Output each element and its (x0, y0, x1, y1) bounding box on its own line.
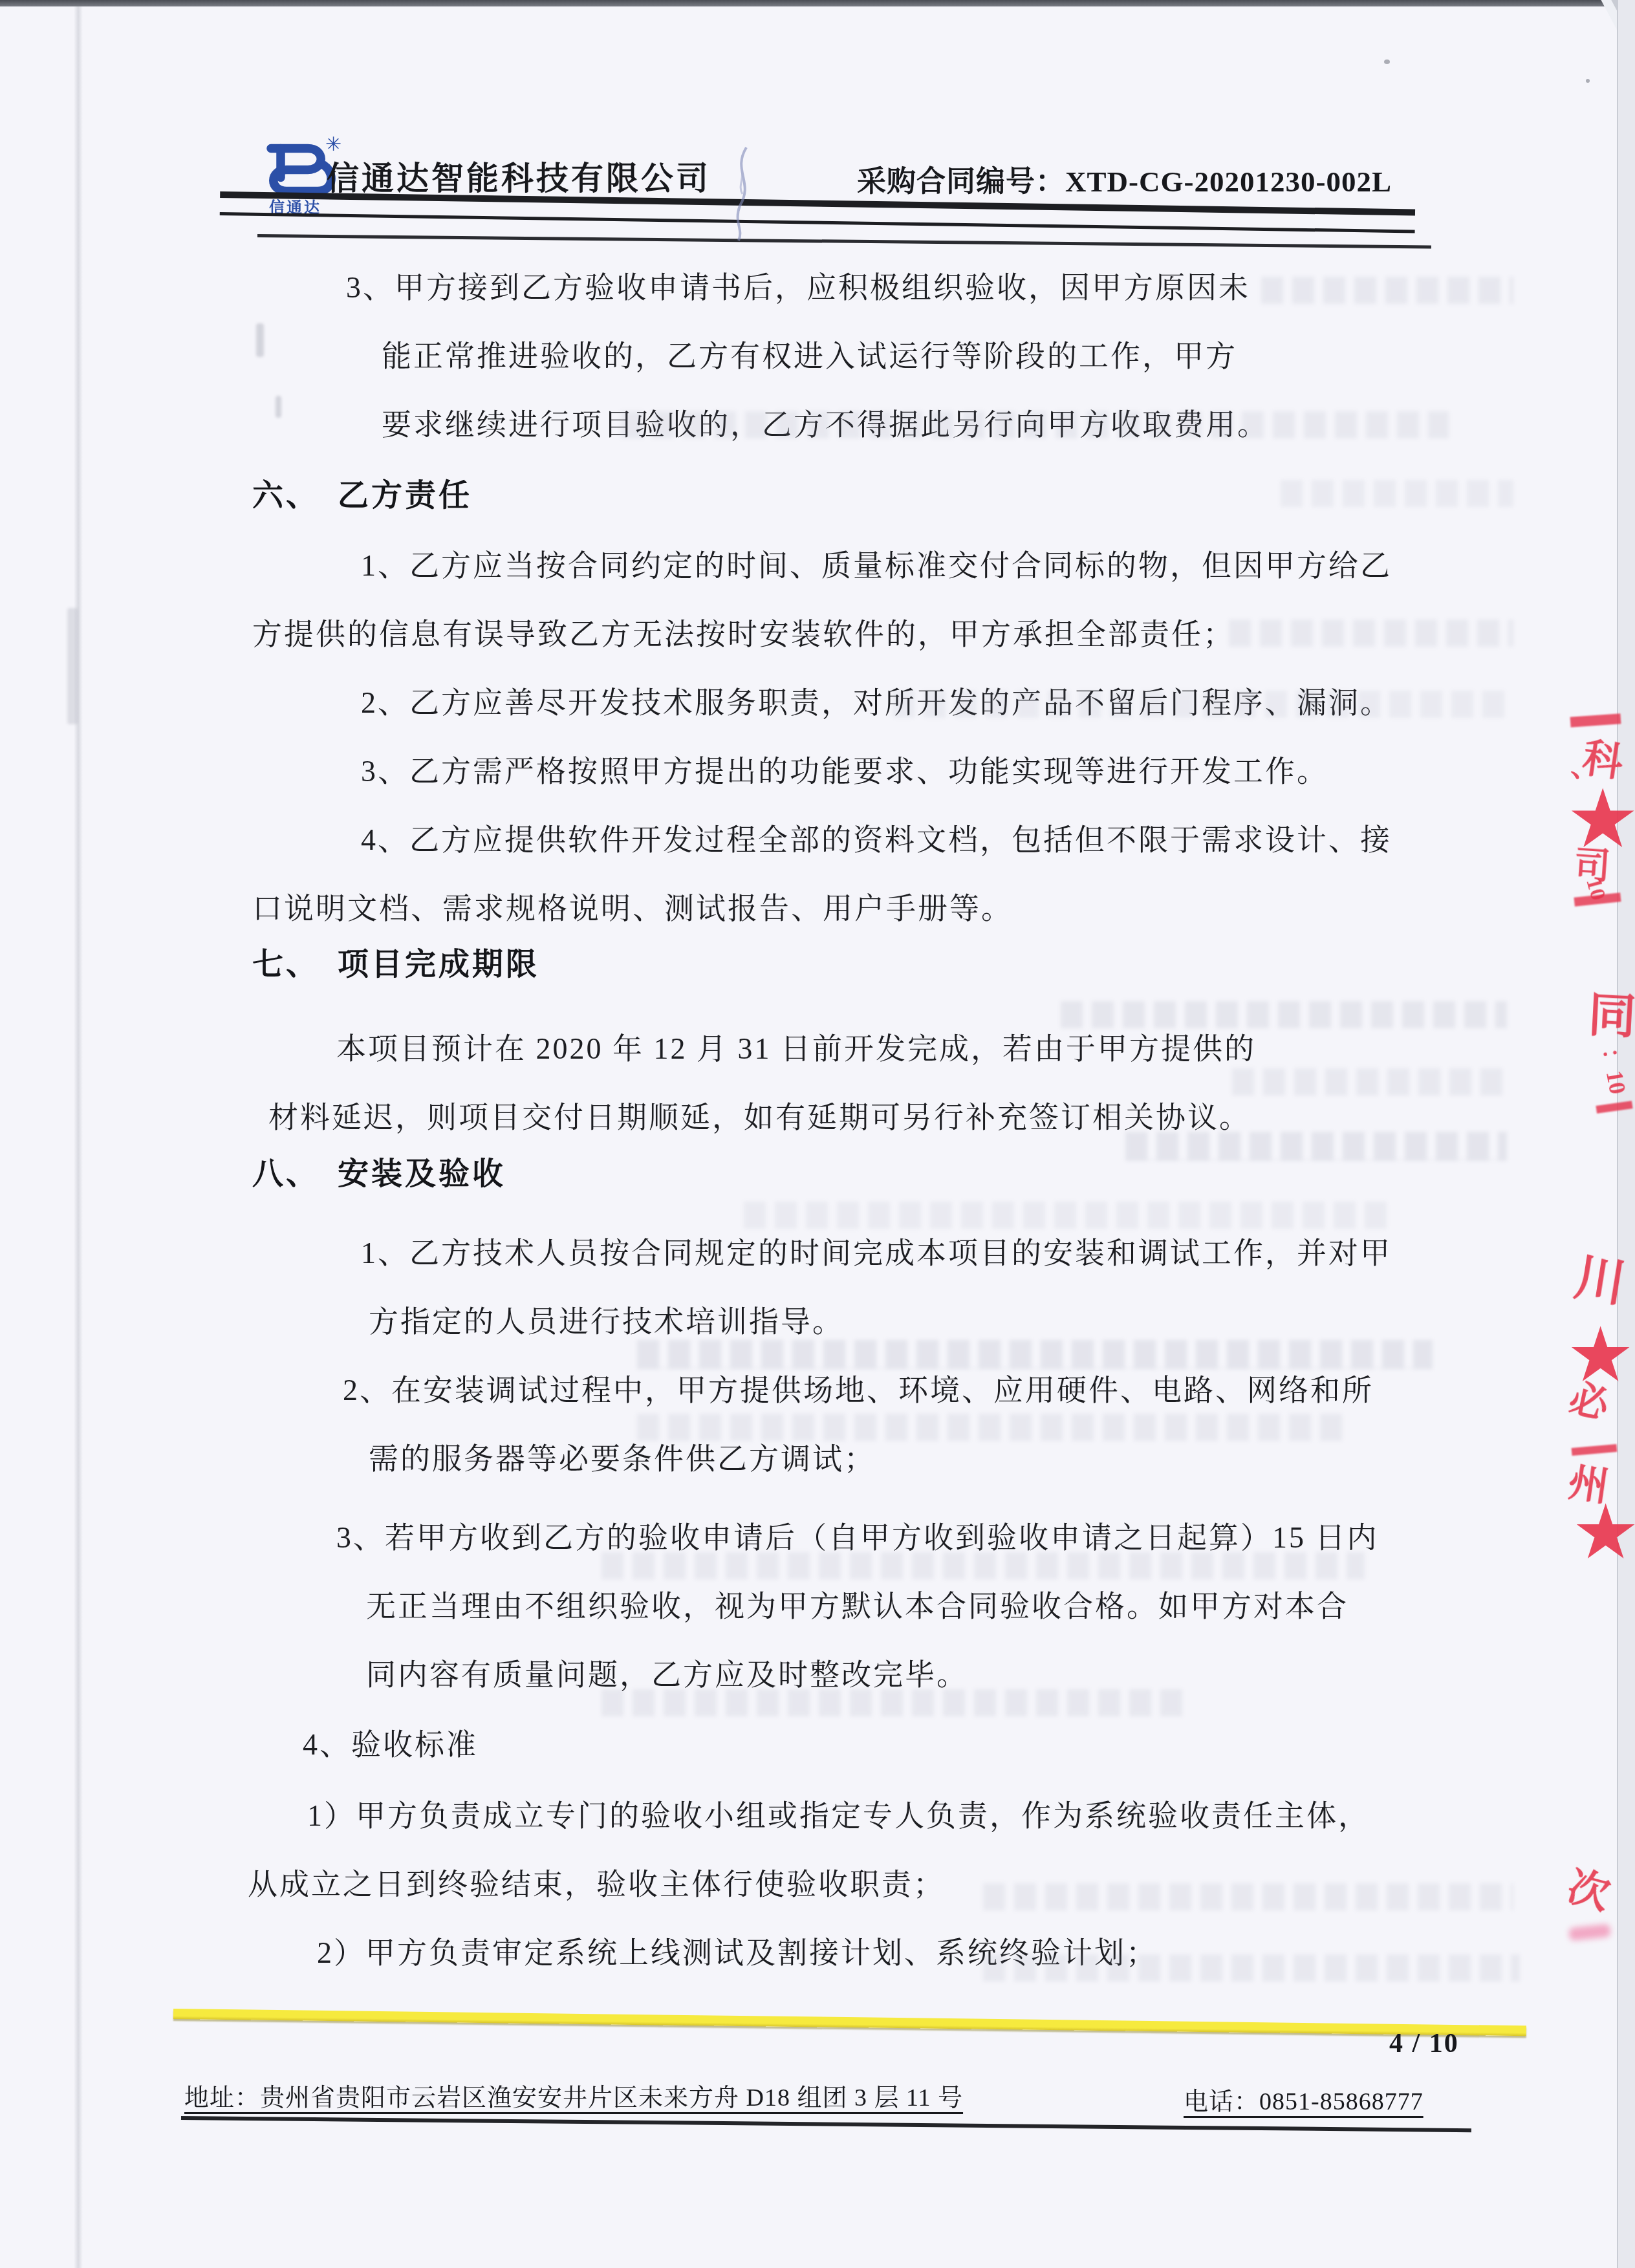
bleed-through-mark (637, 1340, 1433, 1369)
clause-line: 4、验收标准 (303, 1725, 478, 1764)
bleed-through-mark (1232, 1068, 1510, 1096)
contract-number: XTD-CG-20201230-002L (1065, 166, 1392, 198)
clause-line: 从成立之日到终验结束，验收主体行使验收职责； (248, 1865, 945, 1904)
clause-line: 方指定的人员进行技术培训指导。 (369, 1302, 844, 1341)
bleed-through-mark (601, 1689, 1184, 1716)
page-crease (74, 0, 83, 2268)
clause-line: 1、乙方技术人员按合同规定的时间完成本项目的安装和调试工作，并对甲 (361, 1234, 1392, 1273)
ink-smudge (67, 608, 78, 724)
ink-smudge (256, 323, 264, 357)
seal-character: 次 (1562, 1853, 1618, 1921)
seal-character: ：10 (1596, 1045, 1635, 1097)
top-edge-shadow (0, 0, 1619, 6)
bleed-through-mark (1061, 1001, 1507, 1028)
footer-rule (181, 2116, 1471, 2132)
section-heading-7: 七、 项目完成期限 (252, 945, 539, 984)
pen-scribble (706, 144, 784, 254)
bleed-through-mark (1281, 480, 1513, 507)
highlighter-line (173, 2009, 1526, 2036)
paper-corner (1565, 0, 1623, 62)
footer-phone: 电话：0851-85868777 (1184, 2081, 1424, 2117)
seal-bar (1570, 713, 1621, 727)
bleed-through-mark (601, 1552, 1365, 1579)
bleed-through-mark (983, 1954, 1520, 1982)
bleed-through-mark (744, 1202, 1391, 1229)
clause-line: 无正当理由不组织验收，视为甲方默认本合同验收合格。如甲方对本合 (366, 1587, 1348, 1626)
seal-bar (1574, 892, 1621, 906)
clause-line: 口说明文档、需求规格说明、测试报告、用户手册等。 (252, 889, 1013, 928)
contract-number-label: 采购合同编号： (857, 166, 1065, 198)
clause-line: 3、乙方需严格按照甲方提出的功能要求、功能实现等进行开发工作。 (361, 752, 1328, 791)
clause-line: 能正常推进验收的，乙方有权进入试运行等阶段的工作，甲方 (382, 337, 1237, 376)
clause-line: 材料延迟，则项目交付日期顺延，如有延期可另行补充签订相关协议。 (268, 1098, 1251, 1137)
bleed-through-mark (1261, 277, 1513, 304)
header-rule-thin (257, 234, 1431, 248)
ink-smudge (276, 396, 281, 418)
bleed-through-mark (637, 1414, 1348, 1441)
clause-line: 需的服务器等必要条件供乙方调试； (369, 1440, 876, 1478)
seal-smudge (1568, 1924, 1611, 1941)
footer-address: 地址：贵州省贵阳市云岩区渔安安井片区未来方舟 D18 组团 3 层 11 号 (184, 2077, 963, 2113)
ink-speck (1384, 59, 1390, 64)
logo-star-icon: ✳ (325, 135, 341, 155)
clause-line: 3、若甲方收到乙方的验收申请后（自甲方收到验收申请之日起算）15 日内 (336, 1518, 1379, 1557)
ink-speck (1586, 79, 1590, 83)
bleed-through-mark (893, 691, 1507, 718)
clause-line: 1、乙方应当按合同约定的时间、质量标准交付合同标的物，但因甲方给乙 (361, 546, 1392, 585)
contract-number-line: 采购合同编号：XTD-CG-20201230-002L (857, 158, 1392, 200)
clause-line: 2、在安装调试过程中，甲方提供场地、环境、应用硬件、电路、网络和所 (343, 1371, 1374, 1410)
bleed-through-mark (1229, 620, 1513, 647)
paper-edge (1617, 0, 1635, 2268)
bleed-through-mark (621, 411, 1449, 438)
section-heading-8: 八、 安装及验收 (252, 1155, 506, 1194)
clause-line: 方提供的信息有误导致乙方无法按时安装软件的，甲方承担全部责任； (252, 615, 1235, 654)
bleed-through-mark (983, 1883, 1513, 1910)
clause-line: 3、甲方接到乙方验收申请书后，应积极组织验收，因甲方原因未 (346, 268, 1250, 307)
clause-line: 同内容有质量问题，乙方应及时整改完毕。 (366, 1656, 968, 1694)
section-heading-6: 六、 乙方责任 (252, 477, 472, 515)
clause-line: 本项目预计在 2020 年 12 月 31 日前开发完成，若由于甲方提供的 (336, 1030, 1256, 1068)
page-number: 4 / 10 (1389, 2028, 1459, 2059)
seal-character: 同 (1586, 977, 1635, 1048)
clause-line: 4、乙方应提供软件开发过程全部的资料文档，包括但不限于需求设计、接 (361, 821, 1392, 859)
clause-line: 1）甲方负责成立专门的验收小组或指定专人负责，作为系统验收责任主体， (307, 1797, 1370, 1835)
seal-star-icon: ★ (1575, 1493, 1635, 1571)
scanned-contract-page: ✳ 信通达 信通达智能科技有限公司 采购合同编号：XTD-CG-20201230… (0, 0, 1635, 2268)
bleed-through-mark (1125, 1132, 1507, 1161)
company-name: 信通达智能科技有限公司 (327, 153, 711, 199)
